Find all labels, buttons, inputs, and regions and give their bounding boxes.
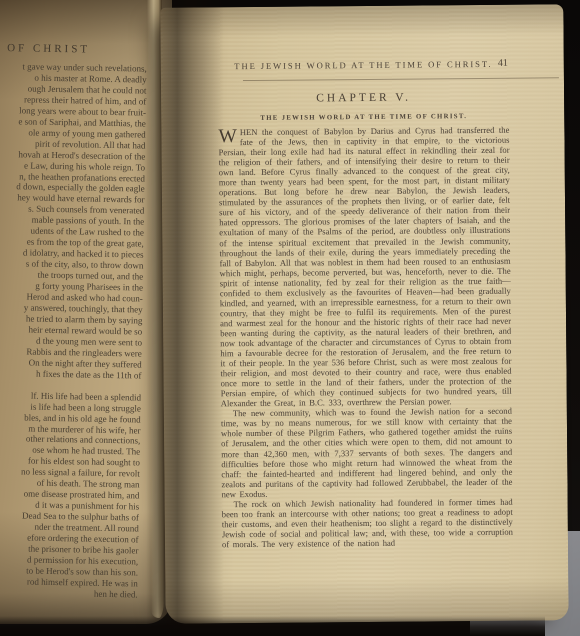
left-page-content: OF CHRIST t gave way under such revelati… xyxy=(0,0,172,627)
left-page-text: t gave way under such revelations,o his … xyxy=(0,61,147,600)
bottom-shadow xyxy=(0,616,545,636)
drop-cap: W xyxy=(218,127,240,146)
chapter-subtitle: THE JEWISH WORLD AT THE TIME OF CHRIST. xyxy=(218,113,509,123)
opening-paragraph-text: HEN the conquest of Babylon by Darius an… xyxy=(219,125,512,409)
left-paragraph-2: lf. His life had been a splendidis life … xyxy=(0,390,141,601)
opening-paragraph: WHEN the conquest of Babylon by Darius a… xyxy=(218,125,511,409)
right-page: THE JEWISH WORLD AT THE TIME OF CHRIST. … xyxy=(160,4,568,623)
chapter-heading: CHAPTER V. xyxy=(218,91,509,106)
header-rule xyxy=(243,77,559,81)
text-line: hen he died. xyxy=(0,587,138,601)
left-paragraph-1: t gave way under such revelations,o his … xyxy=(0,61,147,381)
left-running-header: OF CHRIST xyxy=(7,42,90,55)
page-number: 41 xyxy=(498,58,508,69)
body-text: WHEN the conquest of Babylon by Darius a… xyxy=(218,125,513,549)
body-paragraph: The new community, which was to found th… xyxy=(221,406,513,499)
body-paragraphs: The new community, which was to found th… xyxy=(221,406,513,549)
left-page: OF CHRIST t gave way under such revelati… xyxy=(0,0,172,624)
open-book-scan: OF CHRIST t gave way under such revelati… xyxy=(0,0,580,636)
text-line: h fixes the date as the 11th of xyxy=(0,368,142,382)
running-header: THE JEWISH WORLD AT THE TIME OF CHRIST. xyxy=(218,59,509,72)
body-paragraph: The rock on which Jewish nationality had… xyxy=(222,496,513,549)
